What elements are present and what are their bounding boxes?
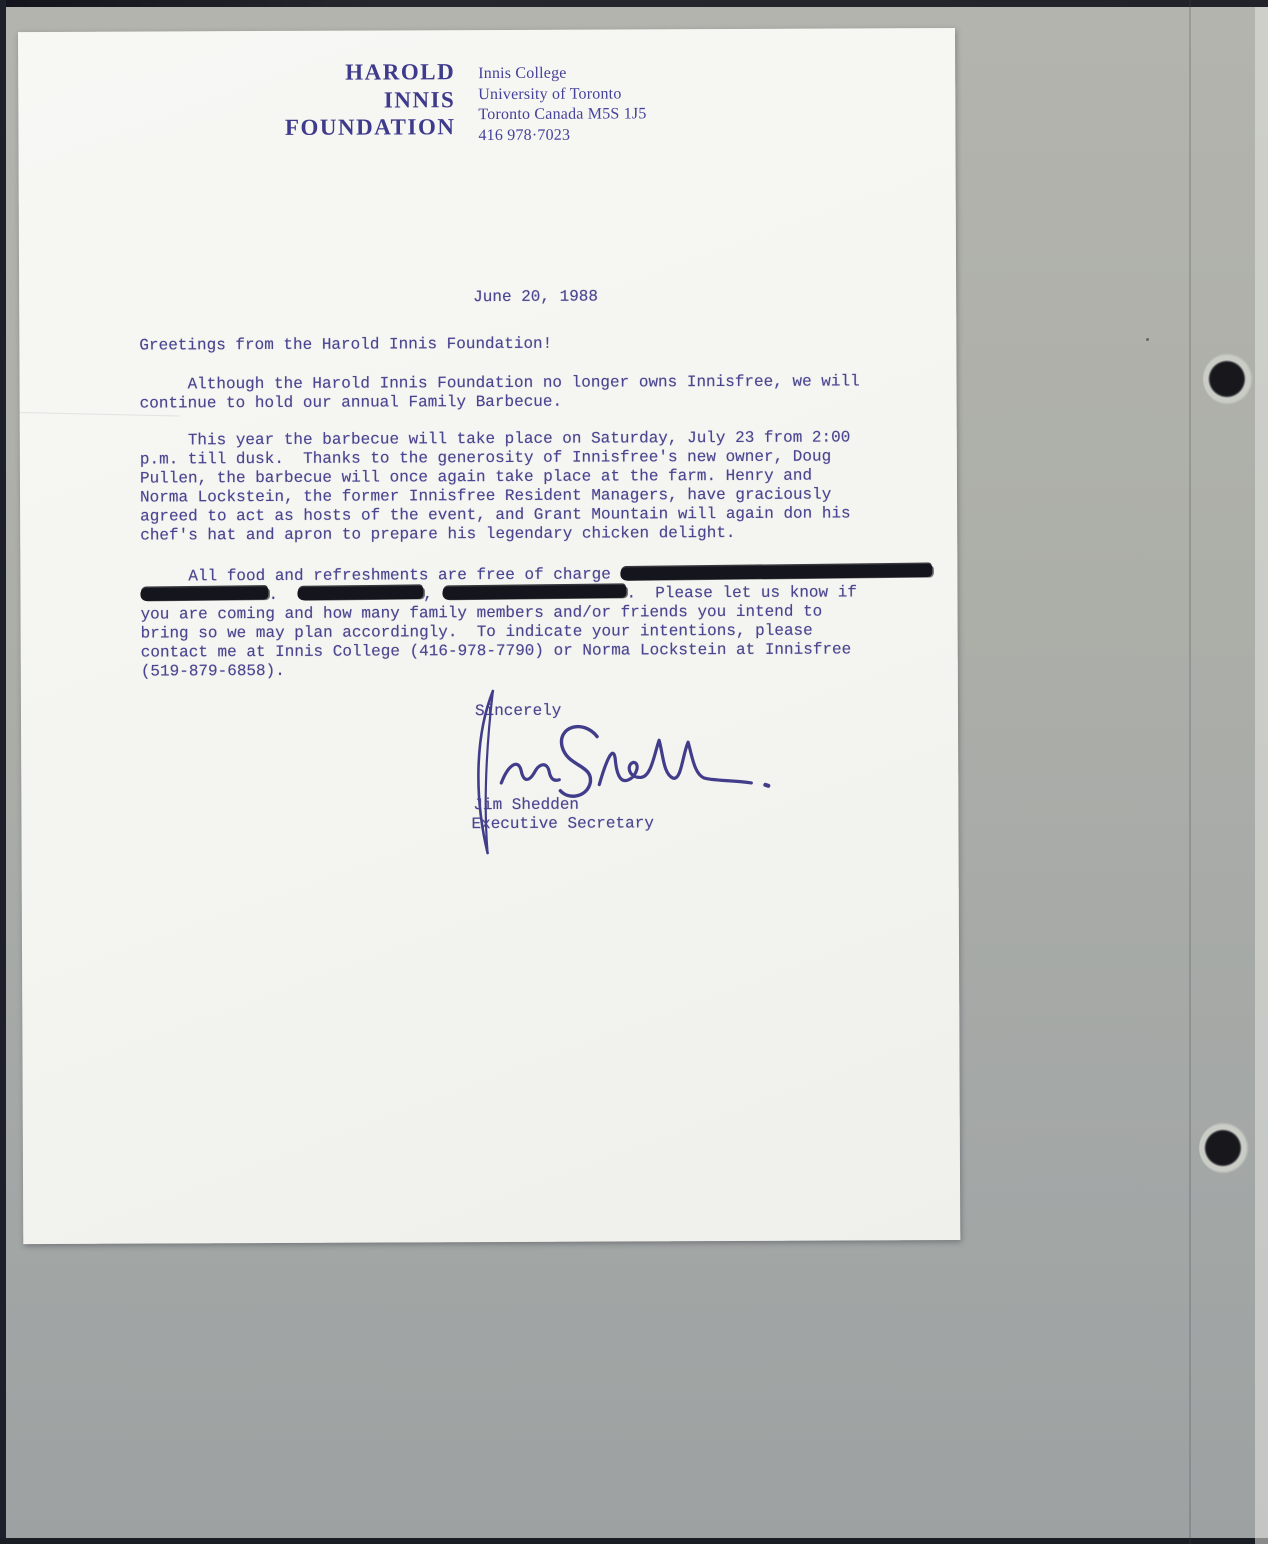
paragraph-3: All food and refreshments are free of ch… [140, 564, 885, 681]
body-line: chef's hat and apron to prepare his lege… [140, 523, 885, 545]
letter-date: June 20, 1988 [473, 288, 598, 308]
redaction-block [442, 585, 626, 600]
signed-title: Executive Secretary [471, 814, 654, 834]
address-line: University of Toronto [478, 84, 646, 105]
body-text: . Please let us know if [626, 583, 857, 602]
dust-speck [1146, 338, 1149, 341]
letter-paper: HAROLD INNIS FOUNDATION Innis College Un… [18, 28, 960, 1244]
body-text: . [268, 586, 297, 604]
org-line: INNIS [108, 86, 455, 115]
body-line: Although the Harold Innis Foundation no … [140, 372, 885, 394]
salutation-text: Greetings from the Harold Innis Foundati… [139, 333, 884, 355]
body-text: All food and refreshments are free of ch… [140, 565, 620, 585]
closing: Sincerely [475, 702, 562, 721]
redaction-block [620, 564, 932, 581]
scan-edge-left [0, 0, 6, 1544]
redaction-block [297, 586, 423, 600]
scan-edge-right [1255, 7, 1268, 1544]
letterhead-org-name: HAROLD INNIS FOUNDATION [108, 58, 455, 142]
letterhead-address: Innis College University of Toronto Toro… [478, 63, 647, 146]
body-line: contact me at Innis College (416-978-779… [141, 640, 886, 662]
backing-crease-line [1189, 0, 1191, 1544]
body-line: continue to hold our annual Family Barbe… [140, 391, 885, 413]
redaction-block [140, 587, 268, 601]
address-line: Toronto Canada M5S 1J5 [478, 104, 646, 125]
hole-punch-bottom [1199, 1122, 1251, 1174]
hole-punch-top [1203, 353, 1255, 405]
body-line: agreed to act as hosts of the event, and… [140, 504, 885, 526]
paragraph-2: This year the barbecue will take place o… [140, 428, 885, 545]
paragraph-1: Although the Harold Innis Foundation no … [140, 372, 885, 413]
scanned-page: HAROLD INNIS FOUNDATION Innis College Un… [0, 0, 1268, 1544]
org-line: HAROLD [108, 58, 455, 87]
salutation: Greetings from the Harold Innis Foundati… [139, 333, 884, 355]
scan-edge-bottom [0, 1538, 1268, 1544]
body-line: (519-879-6858). [141, 659, 886, 681]
signed-name: Jim Shedden [473, 796, 579, 815]
org-line: FOUNDATION [108, 113, 455, 142]
scan-edge-top [0, 0, 1268, 7]
address-line: Innis College [478, 63, 646, 84]
address-line: 416 978·7023 [478, 125, 646, 146]
body-text: , [423, 585, 442, 603]
